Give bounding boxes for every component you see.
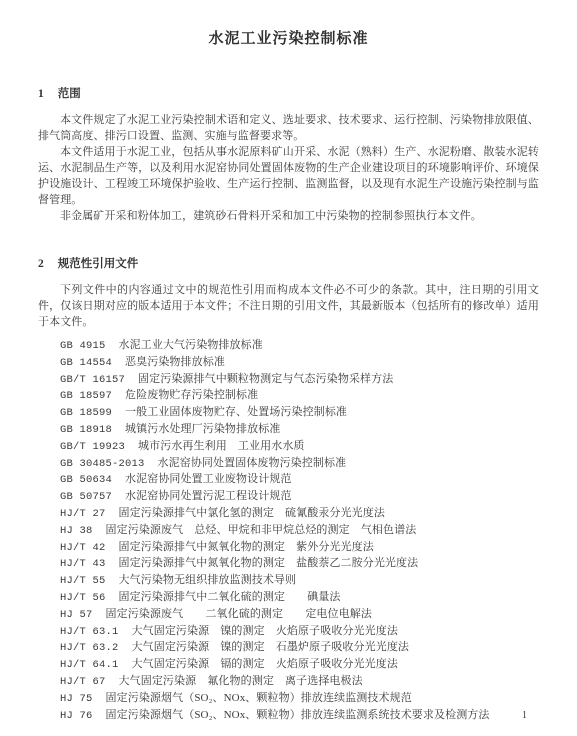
scope-paragraph-1: 本文件规定了水泥工业污染控制术语和定义、选址要求、技术要求、运行控制、污染物排放… (38, 112, 539, 144)
reference-code: GB 50634 (60, 474, 112, 486)
reference-item: GB/T 16157固定污染源排气中颗粒物测定与气态污染物采样方法 (60, 372, 539, 389)
document-title: 水泥工业污染控制标准 (38, 0, 539, 50)
reference-item: HJ/T 27固定污染源排气中氯化氢的测定 硫氰酸汞分光光度法 (60, 506, 539, 523)
reference-title: 城市污水再生利用 工业用水水质 (138, 440, 305, 452)
reference-title: 大气固定污染源 镉的测定 火焰原子吸收分光光度法 (132, 658, 398, 670)
reference-title: 固定污染源排气中颗粒物测定与气态污染物采样方法 (138, 373, 393, 385)
scope-paragraph-2: 本文件适用于水泥工业，包括从事水泥原料矿山开采、水泥（熟料）生产、水泥粉磨、散装… (38, 144, 539, 208)
reference-title: 固定污染源排气中氯化氢的测定 硫氰酸汞分光光度法 (119, 507, 385, 519)
reference-code: GB/T 19923 (60, 441, 125, 453)
reference-title: 危险废物贮存污染控制标准 (125, 389, 258, 401)
reference-item: GB 14554恶臭污染物排放标准 (60, 355, 539, 372)
reference-item: GB 50757水泥窑协同处置污泥工程设计规范 (60, 489, 539, 506)
reference-title: 大气固定污染源 氟化物的测定 离子选择电极法 (119, 675, 363, 687)
reference-item: GB 4915水泥工业大气污染物排放标准 (60, 338, 539, 355)
reference-title: 城镇污水处理厂污染物排放标准 (125, 423, 280, 435)
reference-item: GB/T 19923城市污水再生利用 工业用水水质 (60, 439, 539, 456)
section-1-body: 本文件规定了水泥工业污染控制术语和定义、选址要求、技术要求、运行控制、污染物排放… (38, 112, 539, 224)
reference-code: GB 18918 (60, 424, 112, 436)
reference-code: GB 18599 (60, 407, 112, 419)
reference-title: 水泥窑协同处置固体废物污染控制标准 (158, 457, 347, 469)
reference-title: 大气固定污染源 镍的测定 石墨炉原子吸收分光光度法 (132, 641, 410, 653)
reference-item: GB 30485-2013水泥窑协同处置固体废物污染控制标准 (60, 456, 539, 473)
references-list: GB 4915水泥工业大气污染物排放标准GB 14554恶臭污染物排放标准GB/… (38, 338, 539, 724)
reference-item: HJ/T 43固定污染源排气中氮氧化物的测定 盐酸萘乙二胺分光光度法 (60, 556, 539, 573)
reference-title: 恶臭污染物排放标准 (125, 356, 225, 368)
reference-item: HJ/T 64.1大气固定污染源 镉的测定 火焰原子吸收分光光度法 (60, 657, 539, 674)
reference-title: 大气污染物无组织排放监测技术导则 (119, 574, 297, 586)
reference-code: GB/T 16157 (60, 374, 125, 386)
reference-item: HJ/T 67大气固定污染源 氟化物的测定 离子选择电极法 (60, 674, 539, 691)
reference-item: HJ/T 63.1大气固定污染源 镍的测定 火焰原子吸收分光光度法 (60, 624, 539, 641)
reference-code: GB 30485-2013 (60, 458, 145, 470)
scope-paragraph-3: 非金属矿开采和粉体加工，建筑砂石骨料开采和加工中污染物的控制参照执行本文件。 (38, 208, 539, 224)
reference-item: HJ 38固定污染源废气 总烃、甲烷和非甲烷总烃的测定 气相色谱法 (60, 523, 539, 540)
reference-item: GB 50634水泥窑协同处置工业废物设计规范 (60, 472, 539, 489)
reference-title: 水泥窑协同处置污泥工程设计规范 (125, 490, 292, 502)
reference-code: GB 14554 (60, 357, 112, 369)
reference-code: HJ/T 56 (60, 592, 106, 604)
section-1-title: 范围 (58, 88, 81, 100)
reference-code: HJ 76 (60, 710, 93, 722)
reference-item: HJ/T 42固定污染源排气中氮氧化物的测定 紫外分光光度法 (60, 540, 539, 557)
section-2-body: 下列文件中的内容通过文中的规范性引用而构成本文件必不可少的条款。其中，注日期的引… (38, 282, 539, 330)
reference-code: HJ/T 43 (60, 558, 106, 570)
section-2-heading: 2规范性引用文件 (38, 256, 539, 272)
reference-code: HJ/T 67 (60, 676, 106, 688)
reference-title: 水泥窑协同处置工业废物设计规范 (125, 473, 292, 485)
reference-title: 固定污染源排气中二氧化硫的测定 碘量法 (119, 591, 341, 603)
reference-item: GB 18599一般工业固体废物贮存、处置场污染控制标准 (60, 405, 539, 422)
reference-item: HJ/T 55大气污染物无组织排放监测技术导则 (60, 573, 539, 590)
references-intro-paragraph: 下列文件中的内容通过文中的规范性引用而构成本文件必不可少的条款。其中，注日期的引… (38, 282, 539, 330)
reference-title: 固定污染源烟气（SO₂、NOx、颗粒物）排放连续监测系统技术要求及检测方法 (106, 709, 490, 721)
section-2-number: 2 (38, 258, 44, 270)
reference-code: GB 18597 (60, 390, 112, 402)
reference-code: GB 4915 (60, 340, 106, 352)
reference-title: 固定污染源排气中氮氧化物的测定 紫外分光光度法 (119, 541, 374, 553)
reference-code: HJ/T 63.1 (60, 626, 119, 638)
reference-item: GB 18597危险废物贮存污染控制标准 (60, 388, 539, 405)
reference-item: GB 18918城镇污水处理厂污染物排放标准 (60, 422, 539, 439)
reference-item: HJ 57固定污染源废气 二氧化硫的测定 定电位电解法 (60, 607, 539, 624)
reference-title: 水泥工业大气污染物排放标准 (119, 339, 263, 351)
document-page: 水泥工业污染控制标准 1范围 本文件规定了水泥工业污染控制术语和定义、选址要求、… (0, 0, 577, 736)
reference-item: HJ 76固定污染源烟气（SO₂、NOx、颗粒物）排放连续监测系统技术要求及检测… (60, 708, 539, 725)
reference-title: 固定污染源烟气（SO₂、NOx、颗粒物）排放连续监测技术规范 (106, 692, 412, 704)
reference-code: HJ/T 64.1 (60, 659, 119, 671)
reference-code: HJ/T 27 (60, 508, 106, 520)
reference-code: HJ 38 (60, 525, 93, 537)
reference-code: HJ/T 55 (60, 575, 106, 587)
reference-item: HJ 75固定污染源烟气（SO₂、NOx、颗粒物）排放连续监测技术规范 (60, 691, 539, 708)
page-number: 1 (522, 710, 527, 722)
reference-title: 固定污染源废气 二氧化硫的测定 定电位电解法 (106, 608, 372, 620)
reference-title: 固定污染源废气 总烃、甲烷和非甲烷总烃的测定 气相色谱法 (106, 524, 417, 536)
section-1-heading: 1范围 (38, 86, 539, 102)
reference-code: HJ 57 (60, 609, 93, 621)
reference-title: 一般工业固体废物贮存、处置场污染控制标准 (125, 406, 347, 418)
reference-title: 固定污染源排气中氮氧化物的测定 盐酸萘乙二胺分光光度法 (119, 557, 419, 569)
section-2-title: 规范性引用文件 (58, 258, 139, 270)
reference-code: HJ/T 42 (60, 542, 106, 554)
reference-code: HJ/T 63.2 (60, 642, 119, 654)
reference-item: HJ/T 56固定污染源排气中二氧化硫的测定 碘量法 (60, 590, 539, 607)
reference-item: HJ/T 63.2大气固定污染源 镍的测定 石墨炉原子吸收分光光度法 (60, 640, 539, 657)
reference-title: 大气固定污染源 镍的测定 火焰原子吸收分光光度法 (132, 625, 398, 637)
reference-code: HJ 75 (60, 693, 93, 705)
section-1-number: 1 (38, 88, 44, 100)
reference-code: GB 50757 (60, 491, 112, 503)
